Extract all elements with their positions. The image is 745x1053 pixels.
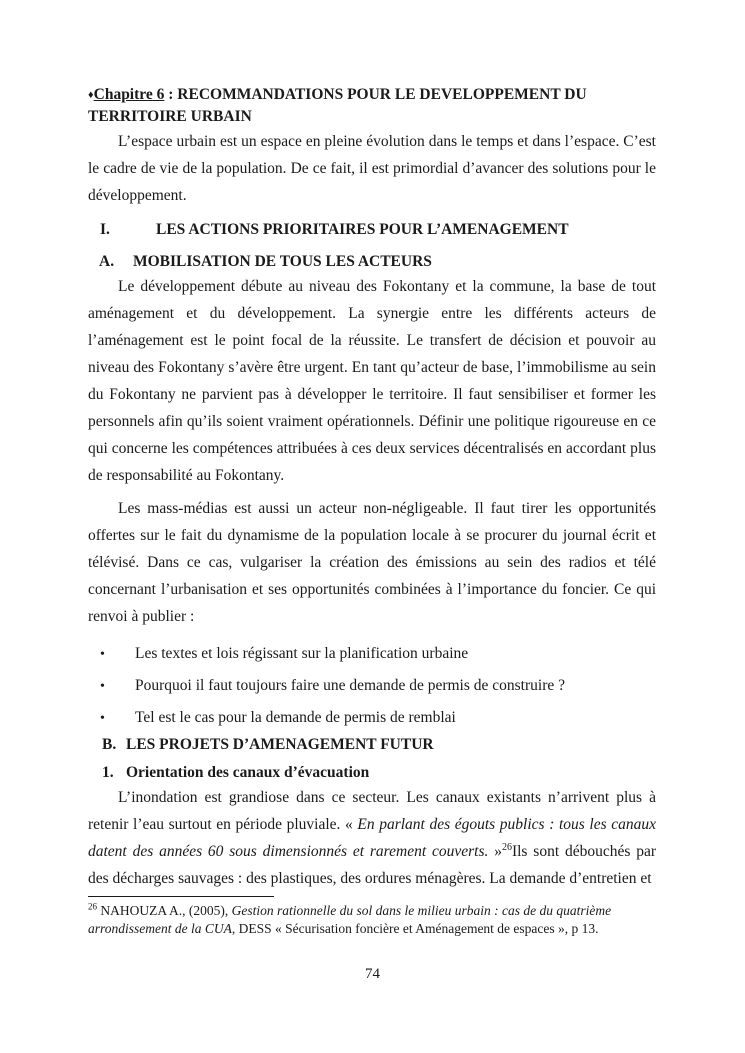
publication-bullet-list: •Les textes et lois régissant sur la pla… bbox=[88, 638, 656, 734]
subsection-heading-A: A.MOBILISATION DE TOUS LES ACTEURS bbox=[88, 251, 656, 273]
subsection-heading-B: B.LES PROJETS D’AMENAGEMENT FUTUR bbox=[88, 734, 656, 756]
footnote-separator-rule bbox=[88, 896, 274, 897]
document-page: ♦Chapitre 6 : RECOMMANDATIONS POUR LE DE… bbox=[0, 0, 745, 1053]
page-number: 74 bbox=[0, 966, 745, 983]
section-I-number: I. bbox=[100, 219, 156, 241]
inondation-paragraph: L’inondation est grandiose dans ce secte… bbox=[88, 784, 656, 892]
numbered-heading-1: 1.Orientation des canaux d’évacuation bbox=[88, 762, 656, 784]
footnote-reference: 26 bbox=[502, 842, 512, 853]
bullet-icon: • bbox=[100, 671, 135, 702]
footnote-text: 26 NAHOUZA A., (2005), Gestion rationnel… bbox=[88, 902, 656, 938]
subsection-B-title: LES PROJETS D’AMENAGEMENT FUTUR bbox=[126, 736, 434, 753]
footnote-author: NAHOUZA A., (2005), bbox=[97, 903, 232, 918]
page-content: ♦Chapitre 6 : RECOMMANDATIONS POUR LE DE… bbox=[88, 84, 656, 892]
bullet-icon: • bbox=[100, 639, 135, 670]
list-item-text: Tel est le cas pour la demande de permis… bbox=[135, 709, 456, 726]
subsection-A-number: A. bbox=[99, 251, 133, 273]
section-I-title: LES ACTIONS PRIORITAIRES POUR L’AMENAGEM… bbox=[156, 221, 569, 238]
footnote-details: , DESS « Sécurisation foncière et Aménag… bbox=[232, 921, 599, 936]
chapter-label: Chapitre 6 bbox=[94, 86, 165, 103]
footnote-marker: 26 bbox=[88, 902, 97, 912]
list-item: •Tel est le cas pour la demande de permi… bbox=[88, 702, 656, 734]
list-item: •Pourquoi il faut toujours faire une dem… bbox=[88, 670, 656, 702]
subsection-B-number: B. bbox=[102, 734, 126, 756]
chapter-title: ♦Chapitre 6 : RECOMMANDATIONS POUR LE DE… bbox=[88, 84, 656, 128]
mobilisation-paragraph-1: Le développement débute au niveau des Fo… bbox=[88, 273, 656, 489]
section-heading-I: I.LES ACTIONS PRIORITAIRES POUR L’AMENAG… bbox=[88, 219, 656, 241]
intro-paragraph: L’espace urbain est un espace en pleine … bbox=[88, 128, 656, 209]
footnote-area: 26 NAHOUZA A., (2005), Gestion rationnel… bbox=[88, 896, 656, 938]
subsection-A-title: MOBILISATION DE TOUS LES ACTEURS bbox=[133, 253, 432, 270]
mobilisation-paragraph-2: Les mass-médias est aussi un acteur non-… bbox=[88, 495, 656, 630]
closing-guillemet: » bbox=[488, 843, 502, 860]
numbered-heading-1-title: Orientation des canaux d’évacuation bbox=[126, 764, 369, 781]
bullet-icon: • bbox=[100, 703, 135, 734]
list-item: •Les textes et lois régissant sur la pla… bbox=[88, 638, 656, 670]
numbered-heading-1-number: 1. bbox=[102, 762, 126, 784]
list-item-text: Pourquoi il faut toujours faire une dema… bbox=[135, 677, 565, 694]
list-item-text: Les textes et lois régissant sur la plan… bbox=[135, 645, 468, 662]
